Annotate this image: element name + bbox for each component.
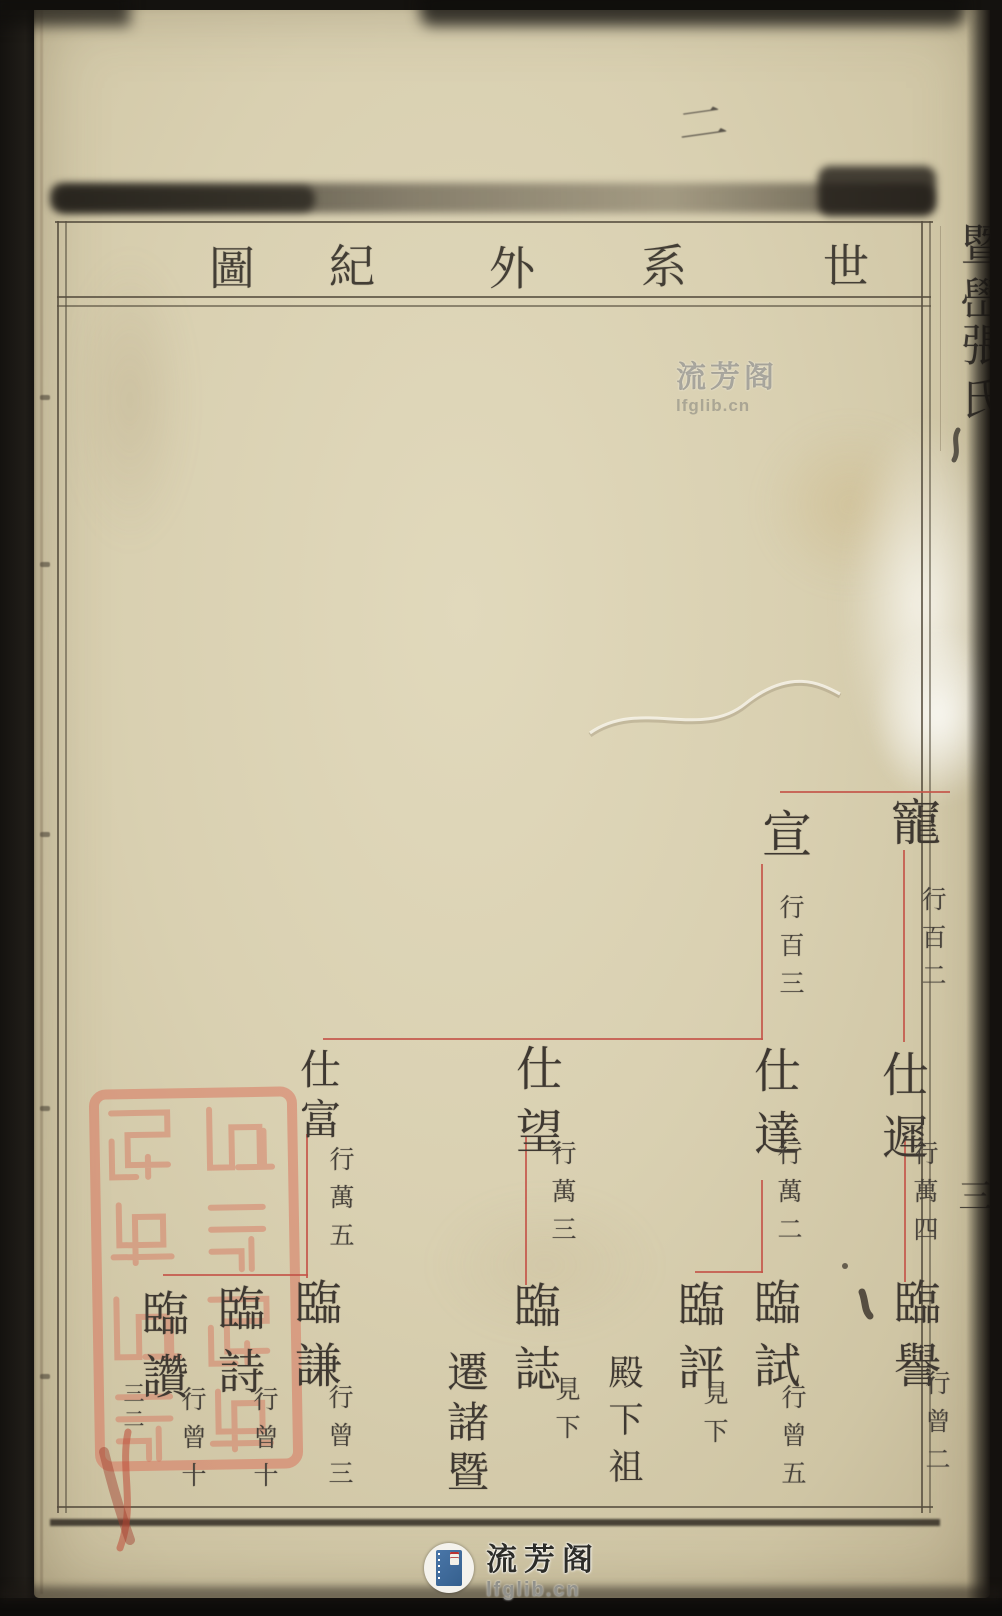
watermark-site-url: lfglib.cn (676, 396, 778, 416)
binding-stitch-mark (40, 562, 50, 567)
generation-rank-note: 行百三 (772, 894, 808, 1008)
handwritten-page-number: 二 (673, 89, 730, 152)
generation-rank-note: 行曾二 (918, 1370, 954, 1484)
red-connector-line (163, 1274, 308, 1276)
generation-rank-note: 行萬二 (770, 1140, 806, 1254)
frame-line (65, 221, 67, 1513)
site-watermark-mid: 流芳阁 lfglib.cn (676, 352, 778, 416)
frame-line (57, 305, 931, 307)
ink-smudge (55, 186, 315, 212)
title-char: 紀 (316, 242, 382, 288)
generation-rank-note: 行萬五 (322, 1146, 358, 1260)
generation-rank-note: 行萬三 (544, 1140, 580, 1254)
generation-rank-note: 行曾十 (174, 1386, 210, 1500)
genealogy-node-name: 寵 (876, 796, 948, 862)
scan-edge-top-smudge (0, 0, 130, 26)
red-connector-line (323, 1038, 763, 1040)
frame-line (57, 221, 59, 1513)
frame-line (57, 296, 931, 298)
site-watermark-bottom: 流芳阁 lfglib.cn (424, 1534, 600, 1602)
paper-stain (70, 250, 190, 550)
binding-stitch-mark (40, 1106, 50, 1111)
site-logo (424, 1543, 474, 1593)
side-note: 殿下祖 (598, 1354, 648, 1495)
side-note: 遷諸暨 (435, 1350, 495, 1500)
red-connector-line (761, 1180, 763, 1273)
generation-rank-note-extra: 三二 (118, 1382, 148, 1434)
frame-line-thick (50, 1519, 940, 1526)
generation-rank-note: 行曾三 (321, 1384, 357, 1498)
scan-edge-left (0, 0, 36, 1616)
red-connector-line (903, 850, 905, 1042)
scanned-genealogy-page: { "page": { "title": "世系外紀圖", "title_cha… (0, 0, 1002, 1616)
title-char: 系 (628, 242, 694, 288)
ink-smudge (818, 166, 936, 216)
genealogy-node-name: 宣 (747, 808, 819, 874)
generation-rank-note: 行曾十 (246, 1386, 282, 1500)
watermark-site-name: 流芳阁 (486, 1534, 600, 1579)
title-char: 外 (476, 244, 542, 290)
binding-stitch-mark (40, 395, 50, 400)
see-below-note: 見下 (548, 1376, 584, 1452)
red-connector-line (761, 864, 763, 1040)
book-icon (436, 1550, 462, 1586)
generation-rank-note: 行萬四 (906, 1140, 942, 1254)
frame-line (57, 1506, 933, 1508)
binding-stitch-mark (40, 832, 50, 837)
title-char: 圖 (196, 244, 262, 290)
generation-rank-note: 行曾五 (774, 1384, 810, 1498)
watermark-site-name: 流芳阁 (676, 352, 778, 396)
watermark-site-url: lfglib.cn (486, 1579, 600, 1602)
genealogy-node-name: 仕富 (288, 1048, 347, 1148)
red-connector-line (306, 1134, 308, 1278)
binding-stitch-mark (40, 1374, 50, 1379)
paper-left-edge (40, 6, 43, 1594)
red-connector-line (695, 1271, 763, 1273)
generation-rank-note: 行百二 (914, 886, 950, 1000)
see-below-note: 見下 (696, 1380, 732, 1456)
fold-line (940, 226, 941, 451)
title-char: 世 (810, 242, 876, 288)
scan-edge-top-smudge (420, 0, 965, 26)
frame-line (55, 221, 933, 223)
red-connector-line (780, 791, 950, 793)
scan-edge-right (966, 0, 1002, 1616)
